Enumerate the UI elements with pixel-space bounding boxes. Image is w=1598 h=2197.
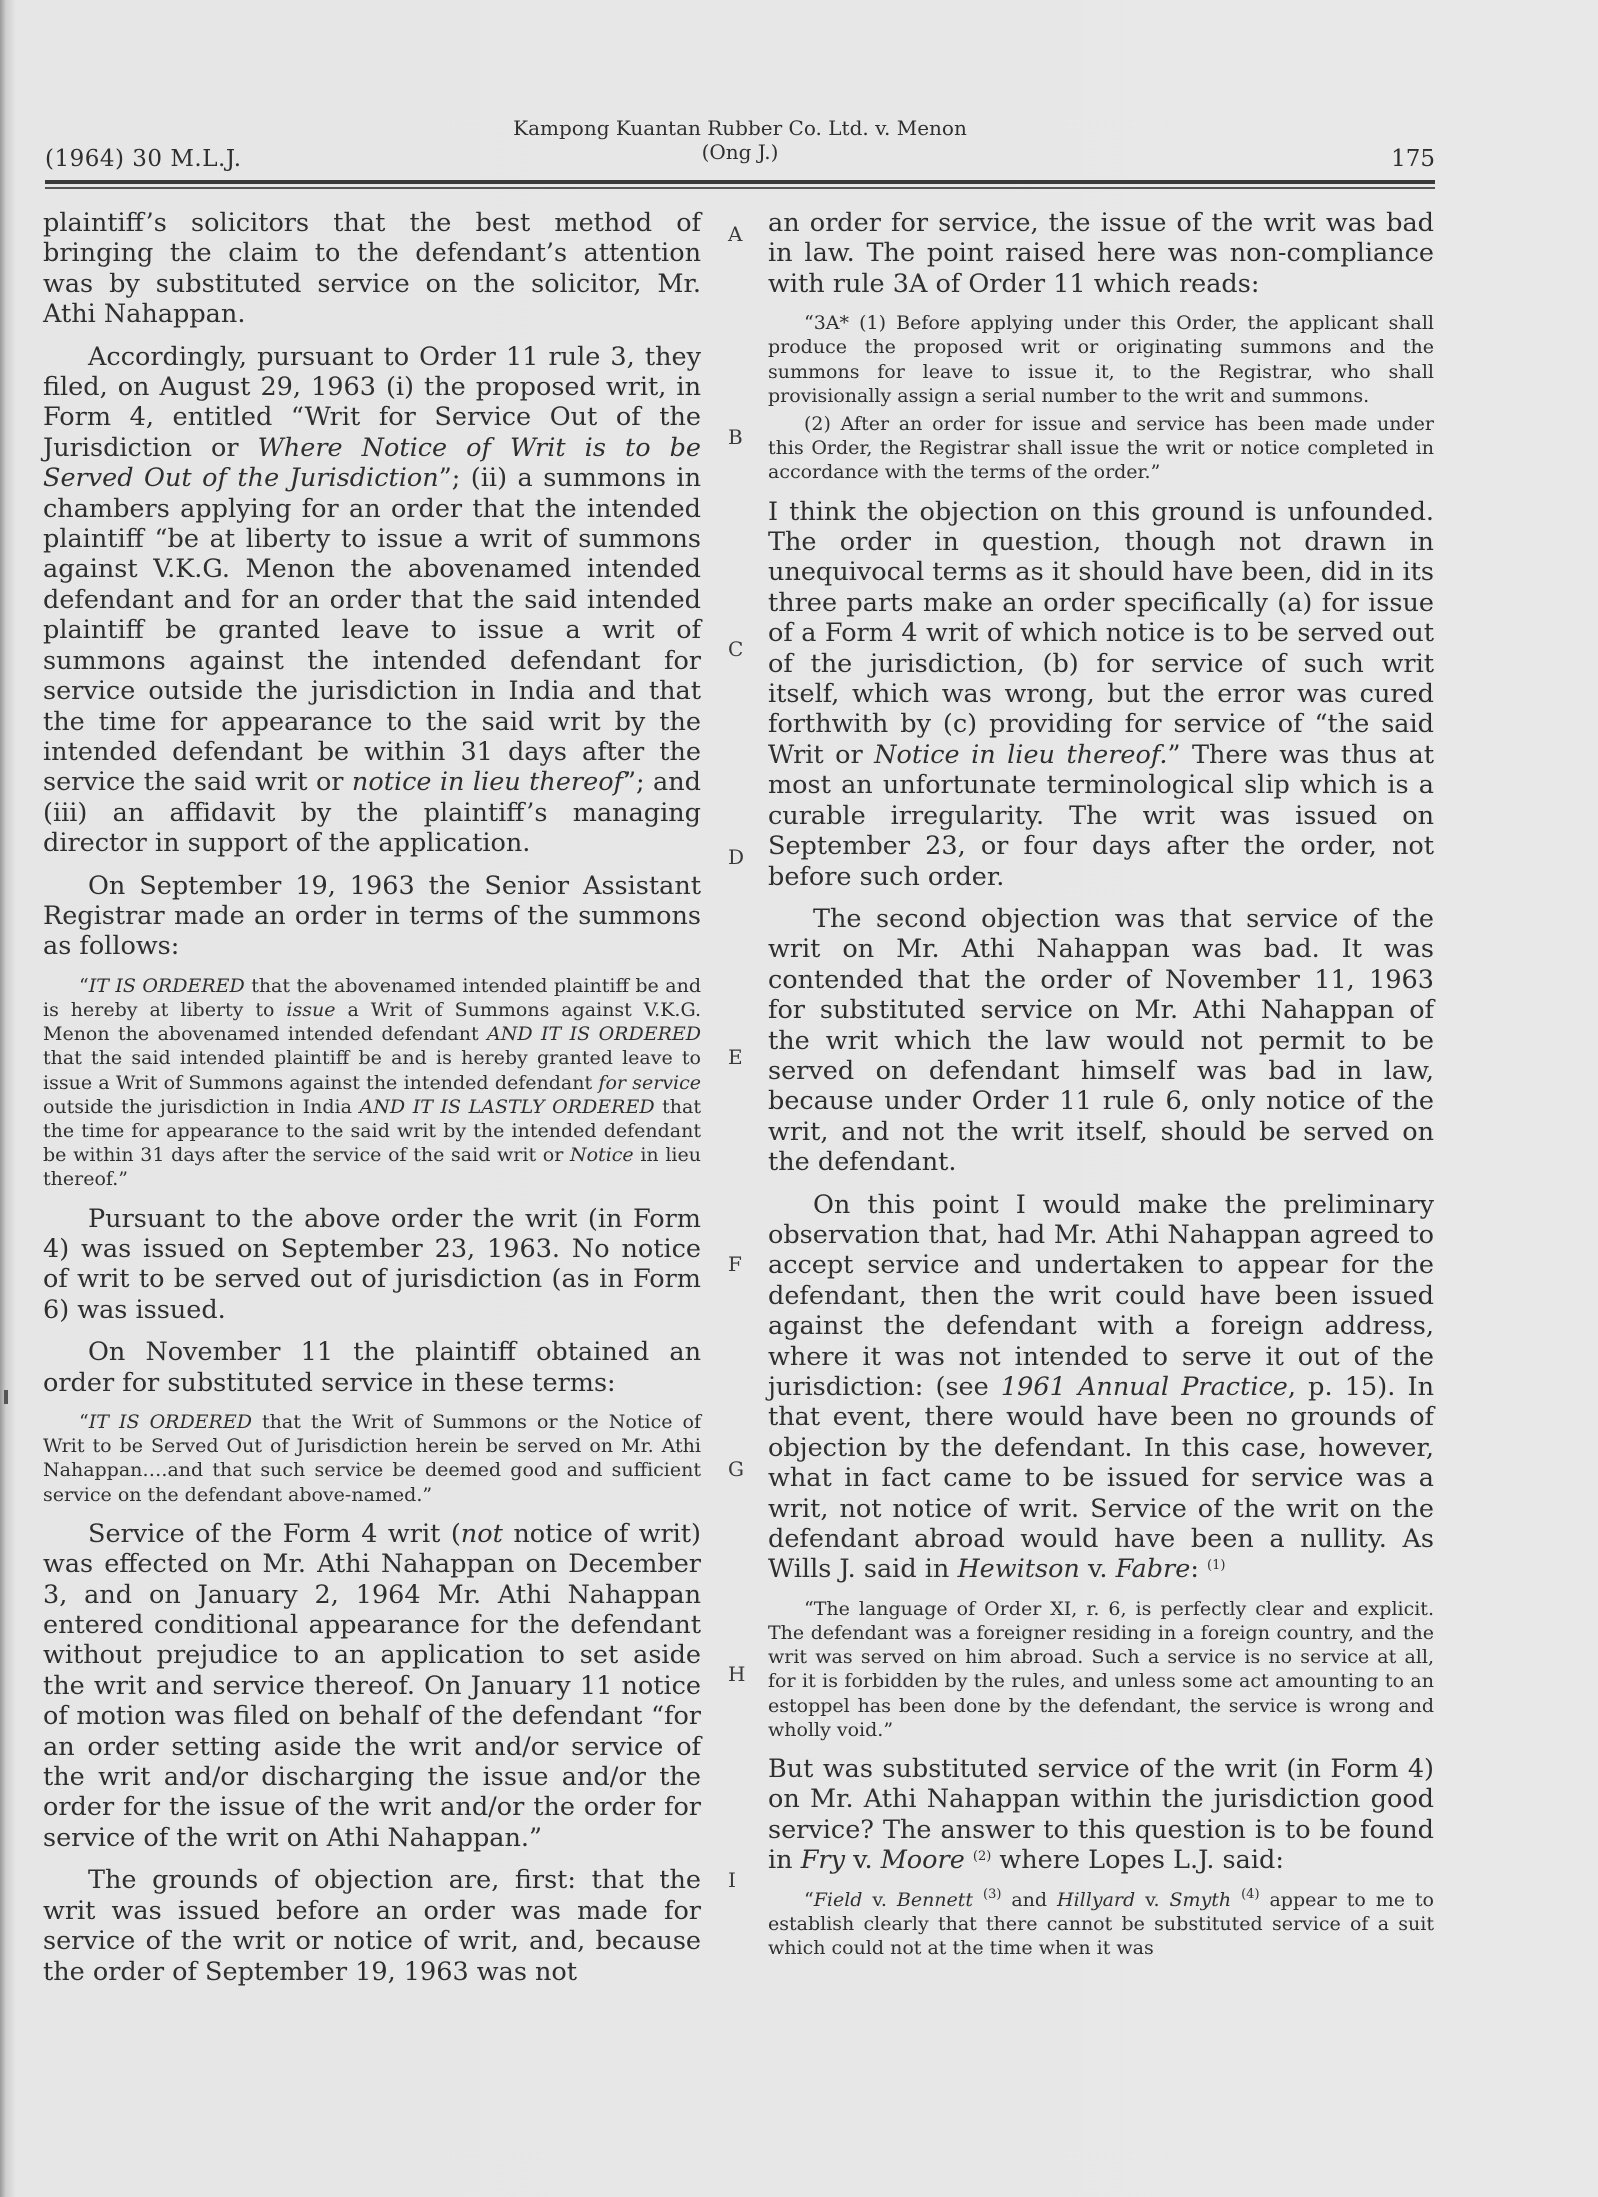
italic-run: Fabre (1116, 1554, 1191, 1584)
paragraph: I think the objection on this ground is … (768, 497, 1434, 892)
text-run: “ (79, 975, 89, 997)
margin-letter-i: I (728, 1868, 736, 1892)
text-run: Service of the Form 4 writ ( (88, 1519, 461, 1549)
text-run: and (1001, 1889, 1057, 1911)
paragraph: Pursuant to the above order the writ (in… (43, 1204, 701, 1326)
italic-run: for service (598, 1072, 701, 1094)
paragraph: On this point I would make the prelimina… (768, 1190, 1434, 1585)
left-column: plaintiff’s solicitors that the best met… (43, 208, 701, 1999)
italic-run: 1961 Annual Practice (1001, 1372, 1288, 1402)
paragraph: The grounds of objection are, first: tha… (43, 1865, 701, 1987)
text-run: v. (862, 1889, 896, 1911)
text-run: I think the objection on this ground is … (768, 497, 1434, 770)
block-quote: “3A* (1) Before applying under this Orde… (768, 311, 1434, 408)
italic-run: AND IT IS LASTLY ORDERED (360, 1096, 655, 1118)
text-run: v. (1135, 1889, 1169, 1911)
document-page: (1964) 30 M.L.J. Kampong Kuantan Rubber … (0, 0, 1598, 2197)
text-run: outside the jurisdiction in India (43, 1096, 360, 1118)
italic-run: not (461, 1519, 503, 1549)
binding-mark (4, 1390, 8, 1404)
case-title: Kampong Kuantan Rubber Co. Ltd. v. Menon (45, 116, 1435, 140)
paragraph: But was substituted service of the writ … (768, 1754, 1434, 1876)
italic-run: AND IT IS ORDERED (487, 1023, 701, 1045)
italic-run: Hillyard (1057, 1889, 1135, 1911)
italic-run: Bennett (897, 1889, 973, 1911)
running-header: (1964) 30 M.L.J. Kampong Kuantan Rubber … (45, 110, 1435, 190)
italic-run: Hewitson (957, 1554, 1079, 1584)
judge-name: (Ong J.) (45, 140, 1435, 164)
footnote-ref: (1) (1207, 1558, 1225, 1573)
text-run: , p. 15). In that event, there would hav… (768, 1372, 1434, 1584)
margin-letter-e: E (728, 1045, 743, 1069)
footnote-ref: (3) (983, 1887, 1001, 1902)
italic-run: Fry (801, 1845, 845, 1875)
text-run: v. (845, 1845, 881, 1875)
paragraph: an order for service, the issue of the w… (768, 208, 1434, 299)
italic-run: Notice (570, 1144, 634, 1166)
paragraph: Accordingly, pursuant to Order 11 rule 3… (43, 342, 701, 859)
paragraph: On September 19, 1963 the Senior Assista… (43, 871, 701, 962)
italic-run: IT IS ORDERED (89, 1411, 252, 1433)
block-quote: “Field v. Bennett (3) and Hillyard v. Sm… (768, 1888, 1434, 1961)
block-quote: “IT IS ORDERED that the abovenamed inten… (43, 974, 701, 1192)
margin-letter-c: C (728, 637, 743, 661)
paragraph: Service of the Form 4 writ (not notice o… (43, 1519, 701, 1853)
italic-run: Moore (881, 1845, 965, 1875)
block-quote: (2) After an order for issue and service… (768, 412, 1434, 485)
margin-letter-h: H (728, 1662, 745, 1686)
text-run: “ (804, 1889, 814, 1911)
header-rule-thick (45, 180, 1435, 184)
header-rule-thin (45, 187, 1435, 189)
margin-letter-b: B (728, 425, 743, 449)
italic-run: notice in lieu thereof (352, 767, 623, 797)
footnote-ref: (2) (973, 1849, 991, 1864)
text-run: On this point I would make the prelimina… (768, 1190, 1434, 1402)
footnote-ref: (4) (1241, 1887, 1259, 1902)
block-quote: “IT IS ORDERED that the Writ of Summons … (43, 1410, 701, 1507)
block-quote: “The language of Order XI, r. 6, is perf… (768, 1597, 1434, 1742)
text-run: where Lopes L.J. said: (991, 1845, 1284, 1875)
text-run: ”; (ii) a summons in chambers applying f… (43, 463, 701, 797)
page-number: 175 (1391, 146, 1435, 172)
italic-run: Field (814, 1889, 863, 1911)
text-run: notice of writ) was effected on Mr. Athi… (43, 1519, 701, 1853)
paragraph: On November 11 the plaintiff obtained an… (43, 1337, 701, 1398)
text-run: v. (1080, 1554, 1116, 1584)
italic-run: Smyth (1170, 1889, 1232, 1911)
paragraph: plaintiff’s solicitors that the best met… (43, 208, 701, 330)
margin-letter-f: F (728, 1252, 742, 1276)
margin-letter-d: D (728, 845, 744, 869)
right-column: an order for service, the issue of the w… (768, 208, 1434, 1972)
text-run: : (1190, 1554, 1199, 1584)
case-title-block: Kampong Kuantan Rubber Co. Ltd. v. Menon… (45, 116, 1435, 164)
italic-run: Notice in lieu thereof. (874, 740, 1167, 770)
margin-letter-a: A (728, 222, 742, 246)
paragraph: The second objection was that service of… (768, 904, 1434, 1178)
text-run: “ (79, 1411, 89, 1433)
italic-run: issue (286, 999, 335, 1021)
margin-letter-g: G (728, 1457, 744, 1481)
italic-run: IT IS ORDERED (89, 975, 245, 997)
